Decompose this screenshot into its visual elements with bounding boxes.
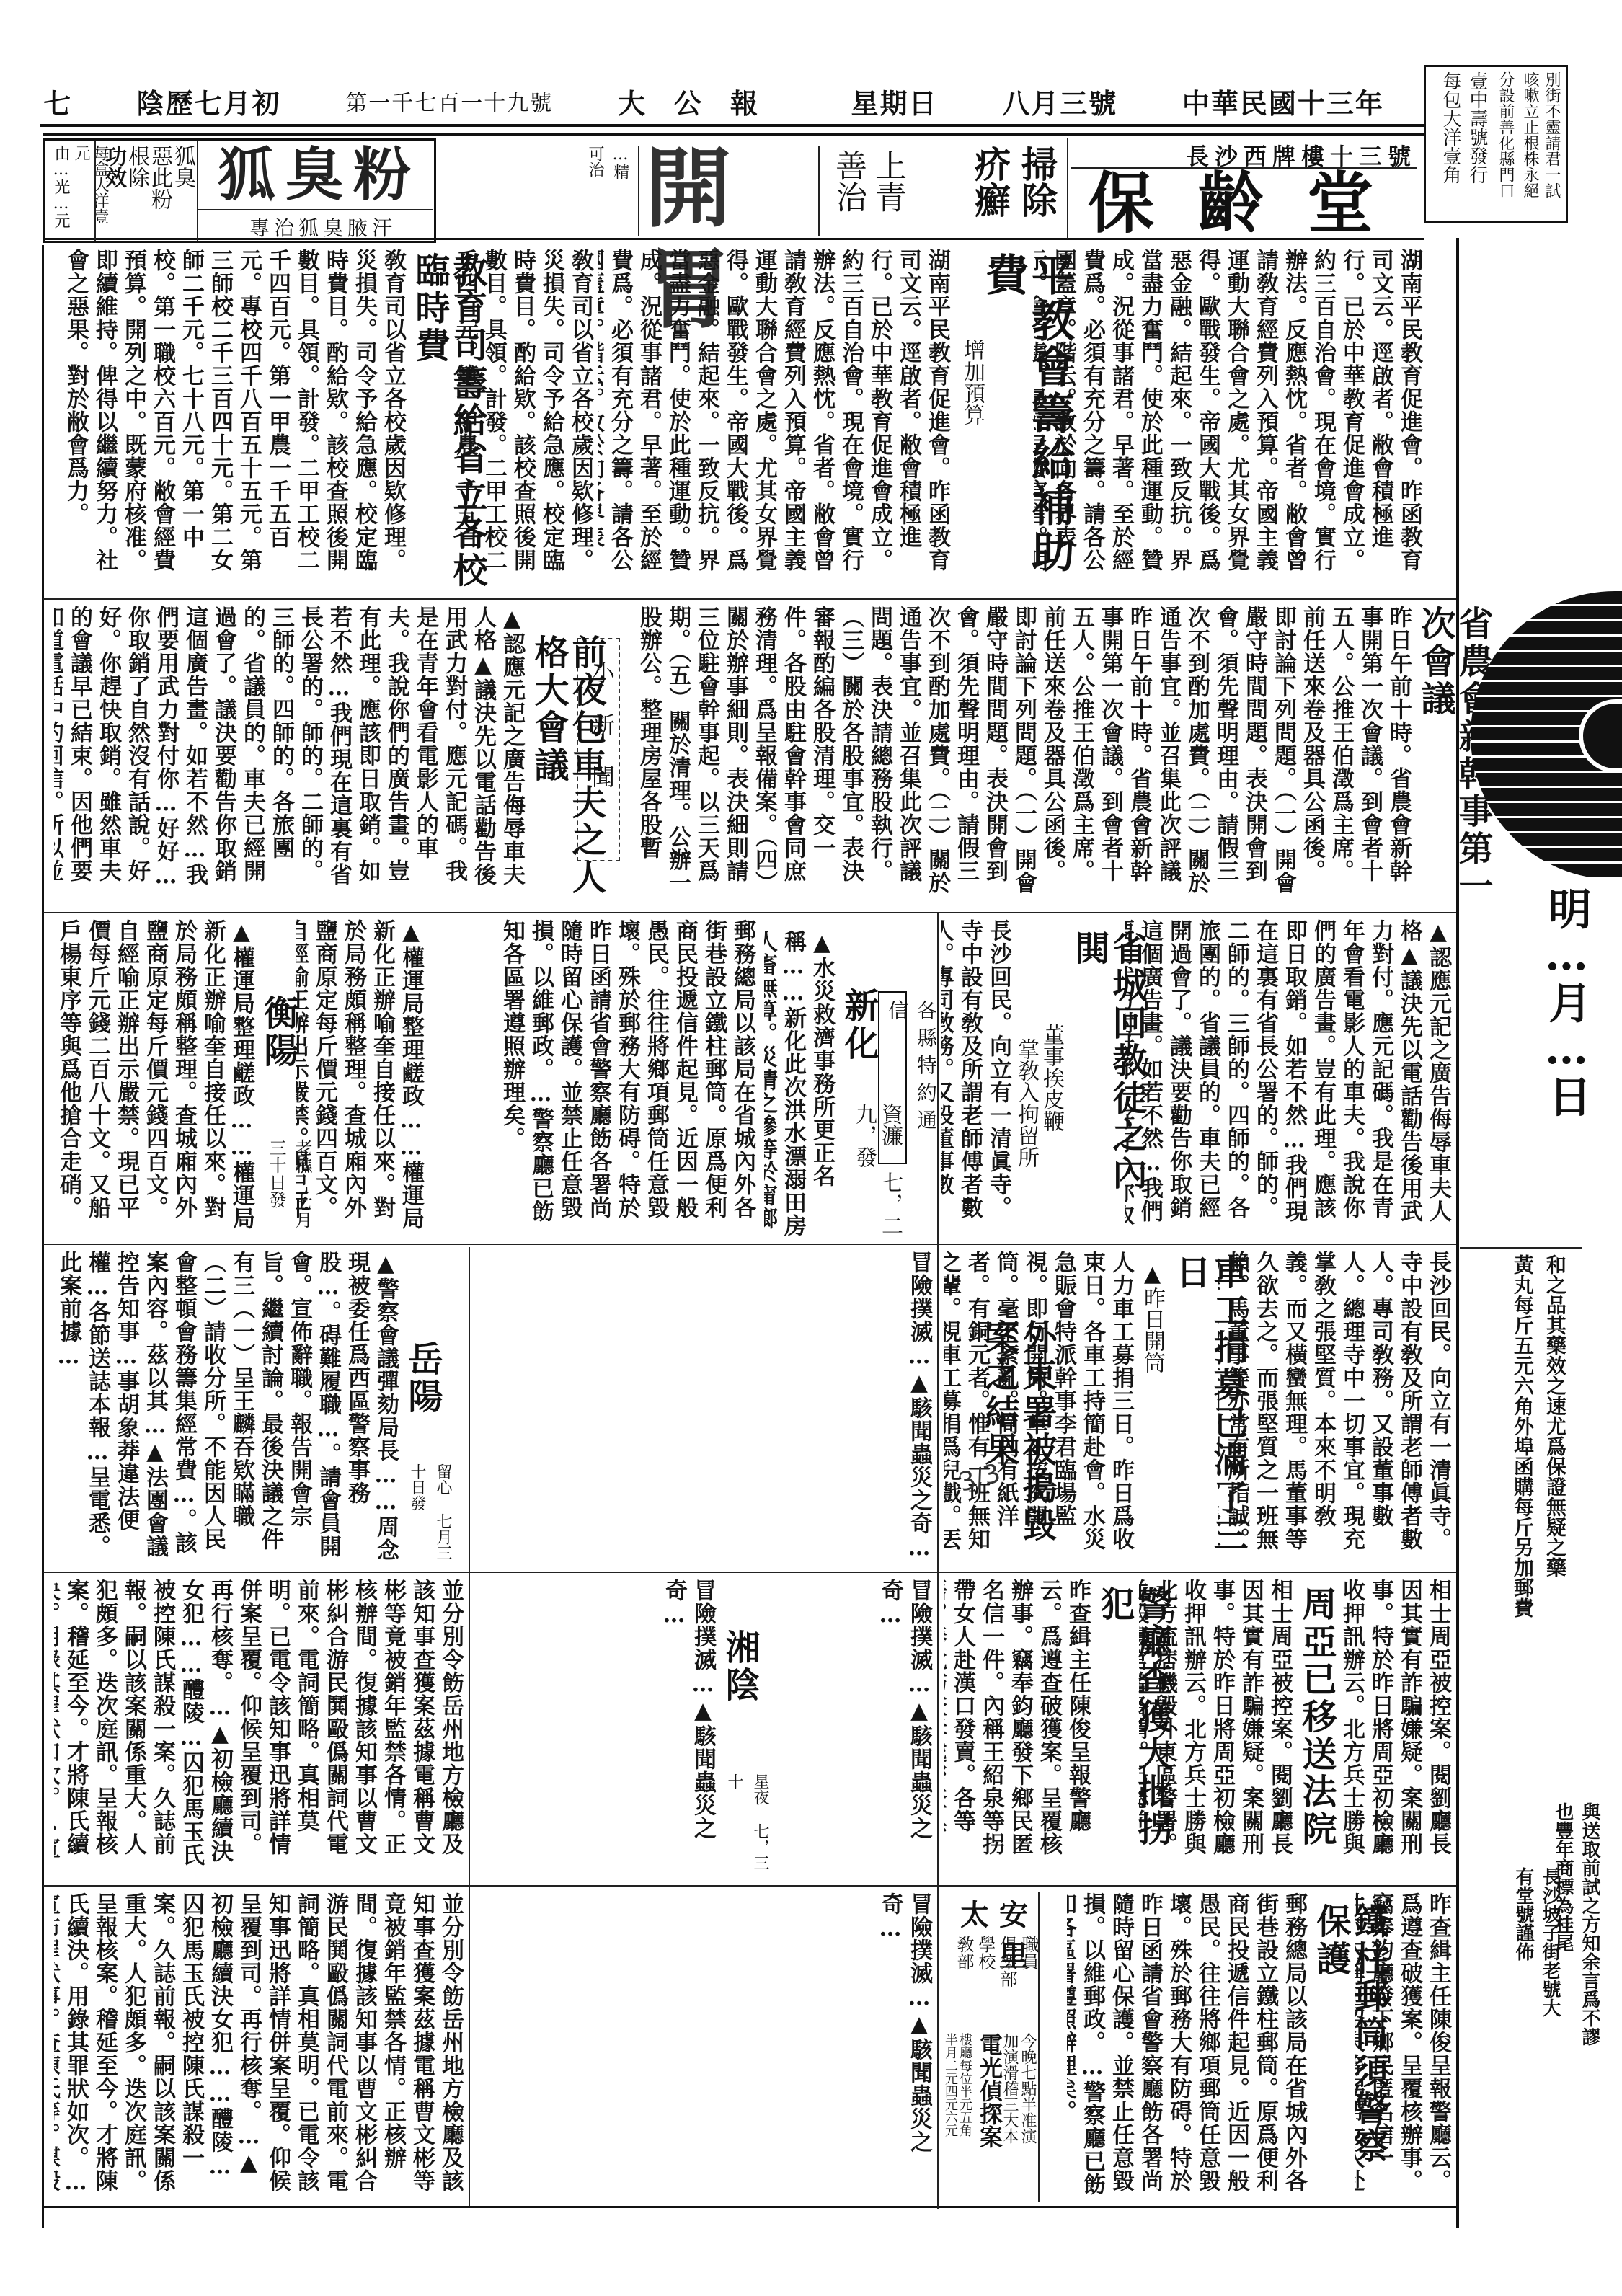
baoling-name: 保齡堂 xyxy=(1078,169,1417,238)
article-body-jingting: 昨查緝主任陳俊呈報警廳云。爲遵查破獲案。呈覆核辦事。竊奉鈞廳發下鄉民匿名信一件。… xyxy=(944,1579,1092,1878)
article-body-jiaoyusi: 敎育司以省立各校歲因欵修理。災損失。司令予給急應。校定臨時費目。酌給欵。該校查照… xyxy=(54,249,407,588)
masthead: 七 陰歷七月初 第一千七百一十九號 大公報 星期日 八月三號 中華民國十三年 xyxy=(43,83,1384,119)
masthead-rule xyxy=(40,124,1424,127)
article-body-flood-end: 並分別令飭岳州地方檢廳及該知事查獲案茲據電稱曹文彬等竟被銷年監禁各情。正核辦間。… xyxy=(54,1892,465,2199)
baoling-ad: 疥癬 掃除 長沙西牌樓十三號 保齡堂 xyxy=(962,138,1424,239)
left-frame xyxy=(42,245,44,2228)
article-body-misc: 郵務總局以該局在省城內外各街巷設立鐵柱郵筒。原爲便利商民投遞信件起見。近因一般愚… xyxy=(433,919,757,1236)
dateline-chegong: ▲昨日開筒 xyxy=(1139,1262,1165,1406)
dateline-yueyang: 留心 七月三十日發 xyxy=(404,1463,456,1572)
taian-item: 學校 xyxy=(973,1936,998,1970)
headline-chefu: 前夜包車夫之人格大會議 xyxy=(530,634,605,908)
section-rule-3 xyxy=(43,1244,1456,1245)
headline-waidong: 外東署被搗毀案之結果 xyxy=(980,1319,1055,1564)
price-line: 由…光…元 xyxy=(51,145,70,239)
section-rule-1 xyxy=(43,598,1456,600)
paper-name: 大公報 xyxy=(618,81,786,121)
baoling-slogan: 疥癬 xyxy=(970,146,1010,236)
subhead-huijiao: 掌敎入拘留所 xyxy=(1013,1038,1039,1182)
article-body-huijiao-cont: 長沙回民。向立有一清眞寺。寺中設有敎及所謂老師傅者數人。專司敎務。又設董事數人。… xyxy=(1218,1251,1453,1564)
kaiwei-side: 善治 xyxy=(829,149,867,236)
section-rule-4 xyxy=(43,1572,1456,1573)
article-body-lingling: 冒險撲滅…▲駭聞蟲災之奇… xyxy=(761,1579,934,1878)
page-number: 七 xyxy=(43,81,72,121)
article-body-zhouya: 相士周亞被控案。閱劉廳長因其實有詐騙嫌疑。案關刑事。特於昨日將周亞初檢廳收押訊辦… xyxy=(1341,1579,1453,1878)
article-body-yueyang-cont: 冒險撲滅…▲駭聞蟲災之奇… xyxy=(472,1251,934,1564)
kaiwei-ad: 可治 …精 開胃 善治 上青 xyxy=(580,138,962,239)
corner-ad-box: 別街不靈請君一試 咳嗽立止根株永絕 分設前善化縣門口 壹中壽號發行 每包大洋壹角 xyxy=(1424,65,1568,223)
column-divider xyxy=(469,1247,470,2206)
corner-ad-line: 別街不靈請君一試 xyxy=(1541,71,1561,219)
dateline-xinhua: 資濂 七，二九，發 xyxy=(851,1103,903,1254)
article-body-xinhua: ▲水災救濟事務所更正名稱……新化此次洪水漂溺田房人畜無算。災情之慘等於甯鄉衡陽。… xyxy=(764,930,836,1240)
weekday: 星期日 xyxy=(851,81,938,121)
baoling-slogan: 掃除 xyxy=(1016,146,1057,236)
ad-copy: 根除 xyxy=(125,145,148,239)
headline-jingting: 警廳查獲大批拐犯 xyxy=(1096,1586,1171,1874)
article-body-jiaoyusi-cont: 敎育司以省立各校歲因欵修理。災損失。司令予給急應。校定臨時費目。酌給欵。該校查照… xyxy=(451,249,595,588)
headline-lingling: 湘陰 xyxy=(721,1629,758,1773)
dianguang-price: 半月二元四元六元 xyxy=(941,2033,960,2137)
dianguang-ad: 今晚七點半准演 加演滑稽三大本 電光偵探案 樓廳每位半元五角 半月二元四元六元 xyxy=(941,2033,1038,2202)
kaiwei-side: 上青 xyxy=(869,149,906,236)
article-body-lingling-end: 冒險撲滅…▲駭聞蟲災之奇… xyxy=(472,1892,934,2199)
headline-zhouya: 周亞已移送法院 xyxy=(1298,1586,1335,1874)
article-body-chefu: ▲認應元記之廣告侮辱車夫人格▲議決先以電話勸告後用武力對付。應元記碼。我是在青年… xyxy=(54,606,526,905)
kaiwei-note: …精 xyxy=(609,146,631,232)
dianguang-title: 電光偵探案 xyxy=(973,2033,1006,2148)
issue-number: 第一千七百一十九號 xyxy=(345,85,553,117)
article-body-nonghui-cont: 昨日午前十時。省農會新幹事開第一次會議。到會者十五人。公推王伯澂爲主席。前任送來… xyxy=(634,606,1153,905)
article-body-hengyang-cont: ▲權運局整理鹺政……權運局新化正辦喻奎自接任以來。對於局務頗稱整理。查城廂內外鹽… xyxy=(296,919,425,1236)
article-body-pingjiao: 湖南平民教育促進會。昨函教育司文云。逕啟者。敝會積極進行。已於中華教育促進會成立… xyxy=(1034,249,1424,588)
xiuqifen-title: 狐臭粉 xyxy=(208,141,431,209)
kaiwei-title: 開胃 xyxy=(645,138,815,239)
ad-copy: 惡此粉 xyxy=(148,145,171,239)
taian-item: 俱樂部 xyxy=(995,1936,1020,1987)
year: 中華民國十三年 xyxy=(1182,81,1384,121)
article-body-youtong: 郵務總局以該局在省城內外各街巷設立鐵柱郵筒。原爲便利商民投遞信件起見。近因一般愚… xyxy=(1067,1892,1308,2199)
article-body-nonghui: 昨日午前十時。省農會新幹事開第一次會議。到會者十五人。公推王伯澂爲主席。前任送來… xyxy=(1161,606,1413,905)
subhead-huijiao: 董事挨皮鞭 xyxy=(1038,1024,1064,1139)
lunar-date: 陰歷七月初 xyxy=(137,81,281,121)
headline-hengyang: 衡陽 xyxy=(260,995,297,1139)
right-strip-text: 長沙坡子街老號大有堂號謹佈 xyxy=(1510,1867,1564,2026)
ad-copy: 狐臭 xyxy=(171,145,194,239)
article-body-huijiao: 長沙回民。向立有一清眞寺。寺中設有敎及所謂老師傅者數人。專司敎務。又設董事數人。… xyxy=(941,919,1013,1236)
headline-xinhua: 新化 xyxy=(840,988,877,1103)
bottom-rule xyxy=(43,2206,1456,2208)
right-strip-brand: 明…月…日 xyxy=(1535,887,1597,1247)
corner-ad-line: 每包大洋壹角 xyxy=(1440,71,1461,219)
sun-logo-icon xyxy=(1471,591,1622,879)
article-body-pingjiao-cont: 湖南平民教育促進會。昨函教育司文云。逕啟者。敝會積極進行。已於中華教育促進會成立… xyxy=(598,249,952,588)
taian-item: 敎部 xyxy=(952,1936,977,1970)
date: 八月三號 xyxy=(1002,81,1117,121)
kaiwei-note: 可治 xyxy=(584,146,606,232)
article-body-hengyang: ▲權運局整理鹺政……權運局新化正辦喻奎自接任以來。對於局務頗稱整理。查城廂內外鹽… xyxy=(54,919,256,1236)
article-body-lingling-cont: 冒險撲滅…▲駭聞蟲災之奇… xyxy=(472,1579,717,1878)
headline-yueyang: 岳陽 xyxy=(404,1341,441,1456)
section-rule-2 xyxy=(43,912,1456,913)
corner-ad-line: 分設前善化縣門口 xyxy=(1495,71,1515,219)
article-body-chefu-cont: ▲認應元記之廣告侮辱車夫人格▲議決先以電話勸告後用武力對付。應元記碼。我是在青年… xyxy=(1125,919,1453,1236)
xiuqifen-ad: 由…光…元 每盒大洋壹元 功效 根除 惡此粉 狐臭 狐臭粉 專治狐臭腋汗 xyxy=(43,138,436,243)
headline-youtong: 鐵柱郵筒須警察保護 xyxy=(1312,1903,1387,2191)
ad-copy: 功效 xyxy=(102,145,125,239)
article-body-yueyang: ▲警察會議彈劾局長……周念現被委任爲西區警察事務股…。碍難履職…。請會員開會。宣… xyxy=(54,1251,400,1564)
headline-huijiao: 省城回教徒之內閧 xyxy=(1071,930,1145,1218)
baoling-address: 長沙西牌樓十三號 xyxy=(1078,138,1417,166)
xiuqifen-subtitle: 專治狐臭腋汗 xyxy=(215,213,431,241)
article-body-flood: 並分別令飭岳州地方檢廳及該知事查獲案茲據電稱曹文彬等竟被銷年監禁各情。正核辦間。… xyxy=(54,1579,465,1878)
ad-band-top-rule xyxy=(43,133,1424,136)
subhead-pingjiao: 增加預算 xyxy=(959,339,985,483)
corner-ad-line: 壹中壽號發行 xyxy=(1466,71,1488,219)
taian-item: 職員 xyxy=(1016,1936,1042,1970)
corner-ad-line: 咳嗽立止根株永絕 xyxy=(1520,71,1540,219)
section-rule-5 xyxy=(43,1885,1456,1887)
right-frame xyxy=(1456,238,1459,2228)
